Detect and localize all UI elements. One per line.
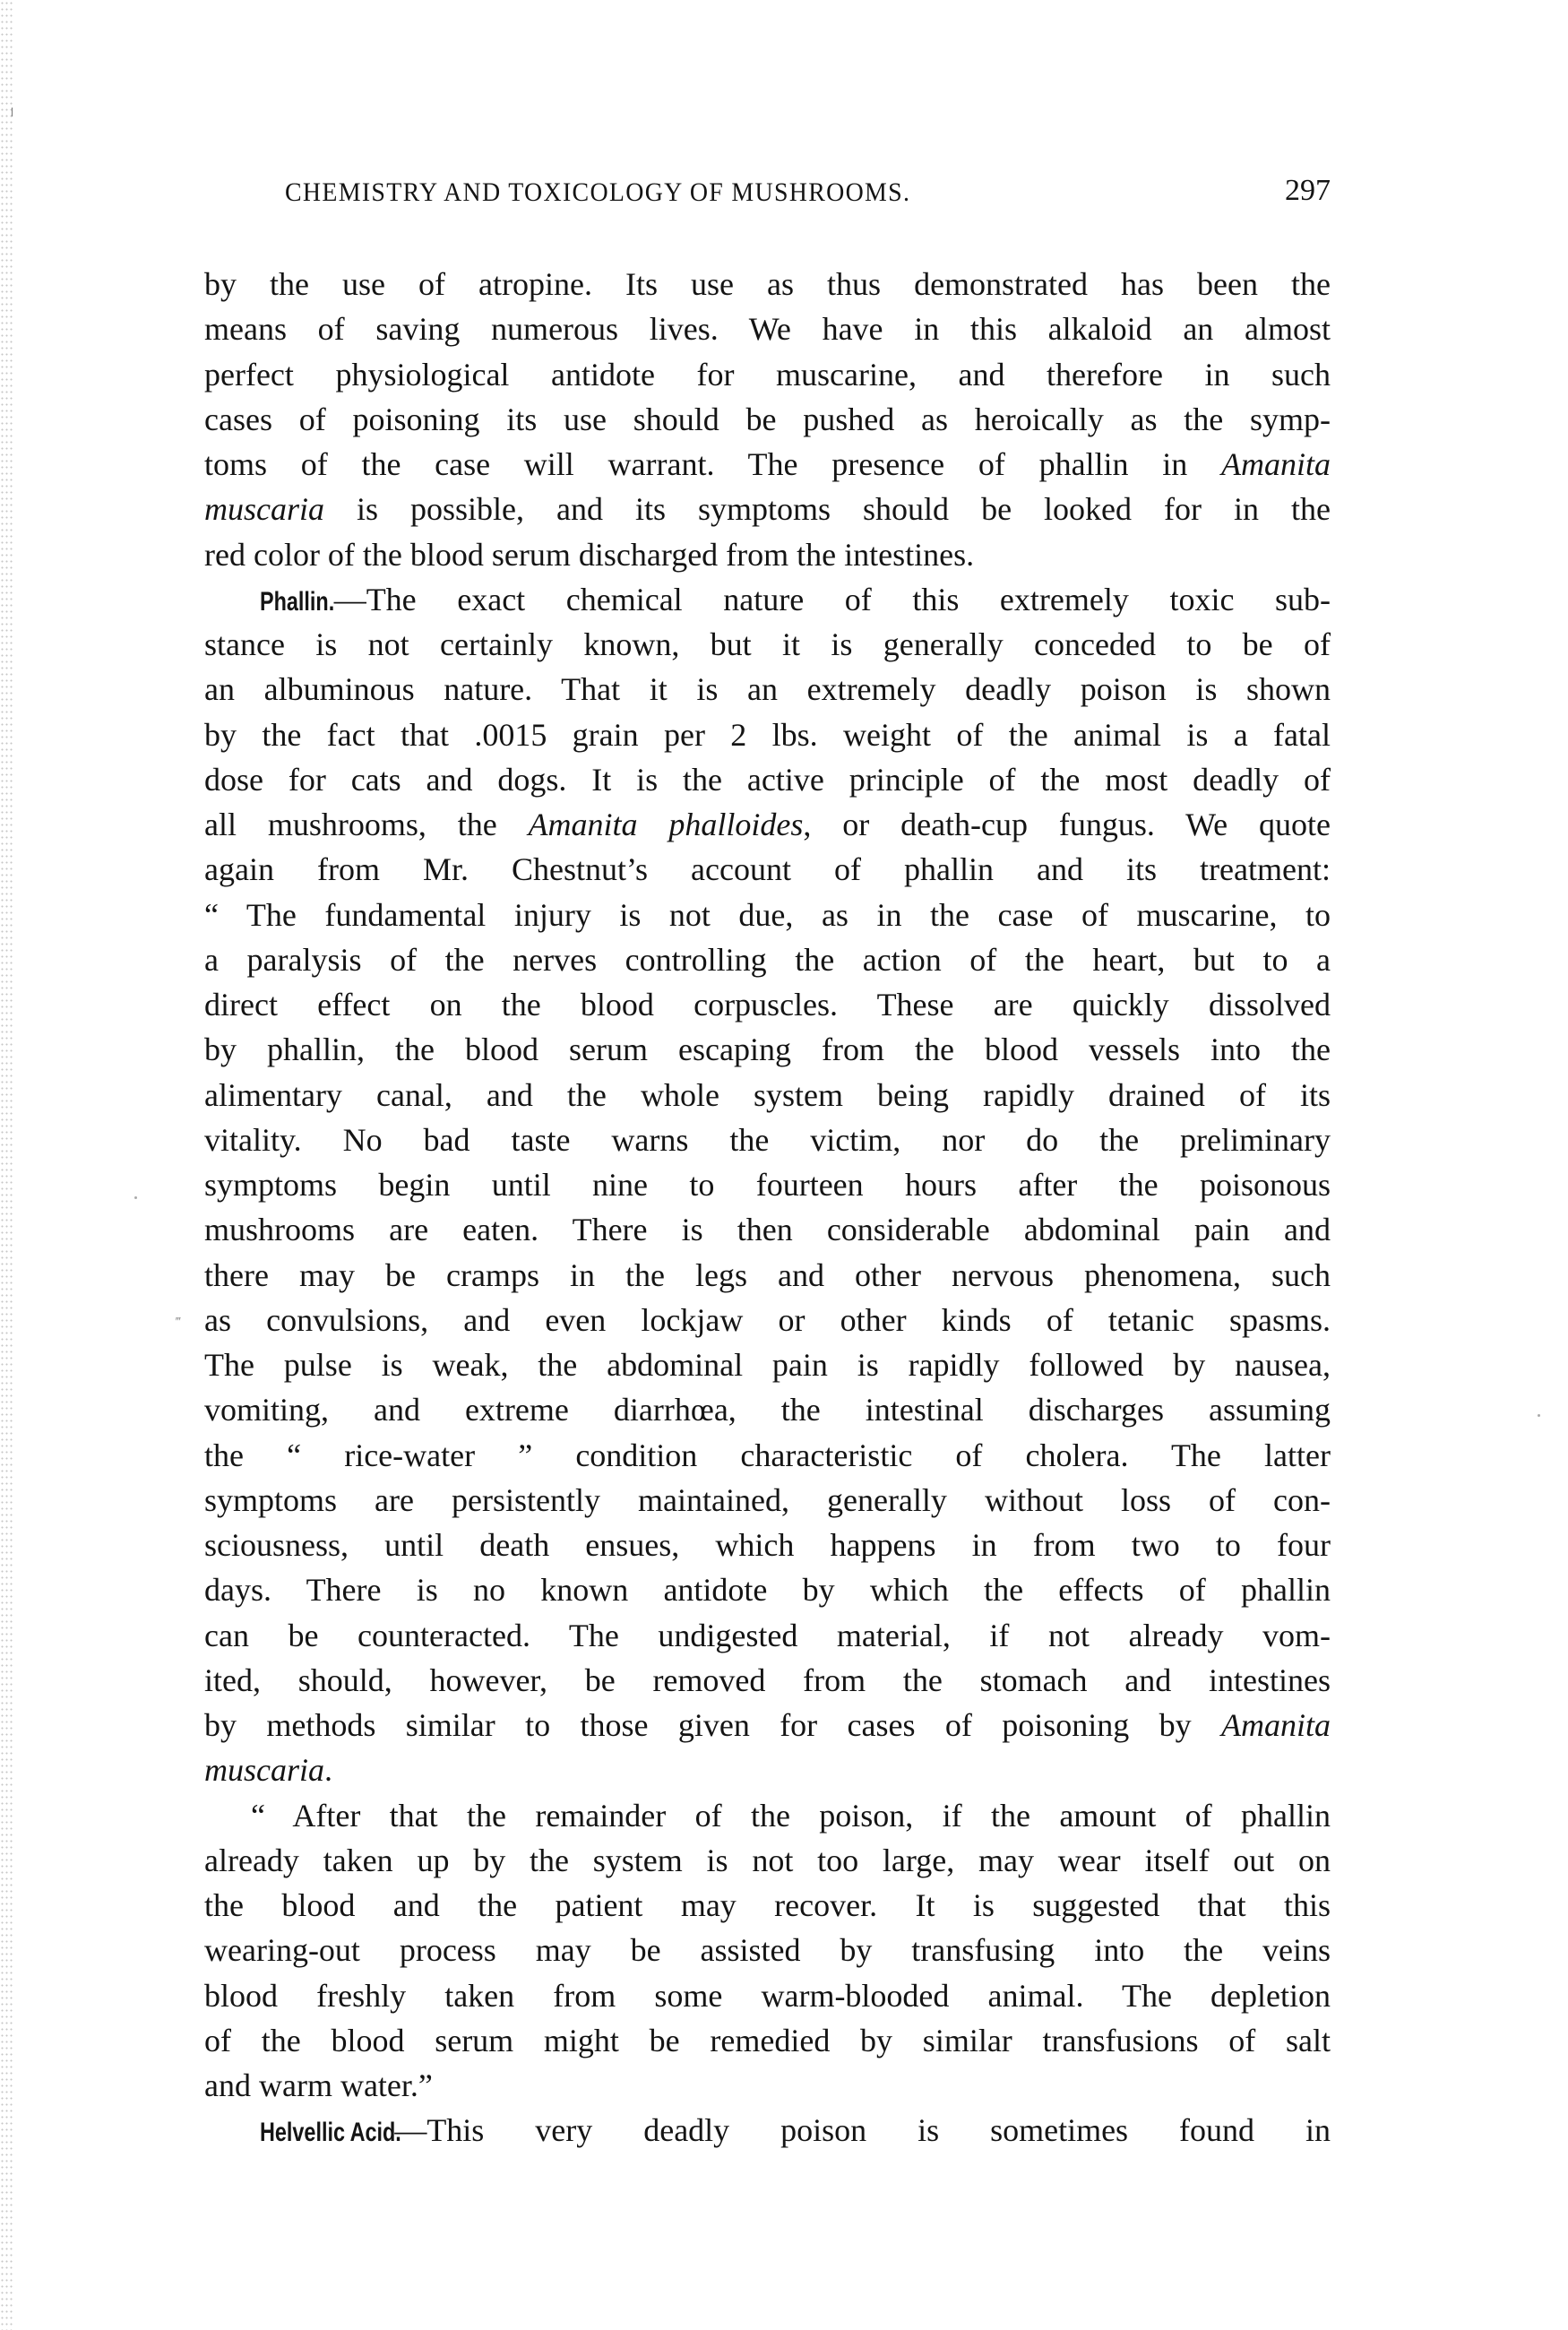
line-text: is possible, and its symptoms should be … bbox=[324, 491, 1331, 527]
stray-scan-mark: ‴ bbox=[176, 1316, 181, 1330]
text-line: “ After that the remainder of the poison… bbox=[204, 1793, 1331, 1838]
line-text: already taken up by the system is not to… bbox=[204, 1842, 1331, 1878]
italic-species-name: Amanita bbox=[1221, 446, 1331, 482]
italic-species-name: Amanita phalloides bbox=[529, 807, 804, 842]
text-line: of the blood serum might be remedied by … bbox=[204, 2018, 1331, 2063]
scan-edge-speckle bbox=[0, 0, 13, 2330]
text-line: red color of the blood serum discharged … bbox=[204, 532, 1331, 577]
line-text: by the fact that .0015 grain per 2 lbs. … bbox=[204, 717, 1331, 753]
line-text: perfect physiological antidote for musca… bbox=[204, 357, 1331, 393]
text-line: cases of poisoning its use should be pus… bbox=[204, 397, 1331, 442]
page-number: 297 bbox=[1285, 174, 1331, 208]
line-text: there may be cramps in the legs and othe… bbox=[204, 1257, 1331, 1293]
text-line: alimentary canal, and the whole system b… bbox=[204, 1073, 1331, 1118]
line-text: sciousness, until death ensues, which ha… bbox=[204, 1527, 1331, 1563]
text-line: wearing-out process may be assisted by t… bbox=[204, 1928, 1331, 1972]
running-head: CHEMISTRY AND TOXICOLOGY OF MUSHROOMS. 2… bbox=[204, 172, 1331, 215]
line-text: cases of poisoning its use should be pus… bbox=[204, 401, 1331, 437]
line-text: vitality. No bad taste warns the victim,… bbox=[204, 1122, 1331, 1158]
line-text: by the use of atropine. Its use as thus … bbox=[204, 266, 1331, 302]
line-text: “ After that the remainder of the poison… bbox=[251, 1798, 1331, 1834]
line-text: ited, should, however, be removed from t… bbox=[204, 1662, 1331, 1698]
line-text: , or death-cup fungus. We quote bbox=[803, 807, 1331, 842]
line-text: stance is not certainly known, but it is… bbox=[204, 626, 1331, 662]
line-text: . bbox=[324, 1752, 332, 1788]
text-line: sciousness, until death ensues, which ha… bbox=[204, 1523, 1331, 1567]
line-text: of the blood serum might be remedied by … bbox=[204, 2023, 1331, 2058]
text-line: “ The fundamental injury is not due, as … bbox=[204, 893, 1331, 937]
running-title: CHEMISTRY AND TOXICOLOGY OF MUSHROOMS. bbox=[285, 177, 910, 208]
text-line: symptoms begin until nine to fourteen ho… bbox=[204, 1162, 1331, 1207]
text-line: all mushrooms, the Amanita phalloides, o… bbox=[204, 802, 1331, 847]
line-text: dose for cats and dogs. It is the active… bbox=[204, 762, 1331, 798]
line-text: mushrooms are eaten. There is then consi… bbox=[204, 1212, 1331, 1247]
text-line: and warm water.” bbox=[204, 2063, 1331, 2108]
line-text: —The exact chemical nature of this extre… bbox=[334, 582, 1331, 617]
line-text: days. There is no known antidote by whic… bbox=[204, 1572, 1331, 1608]
text-line: by the use of atropine. Its use as thus … bbox=[204, 262, 1331, 306]
text-line: means of saving numerous lives. We have … bbox=[204, 306, 1331, 351]
text-line: by the fact that .0015 grain per 2 lbs. … bbox=[204, 712, 1331, 757]
line-text: symptoms begin until nine to fourteen ho… bbox=[204, 1167, 1331, 1203]
italic-species-name: muscaria bbox=[204, 1752, 324, 1788]
run-in-heading: Phallin. bbox=[260, 580, 334, 625]
text-line: stance is not certainly known, but it is… bbox=[204, 622, 1331, 667]
line-text: vomiting, and extreme diarrhœa, the inte… bbox=[204, 1392, 1331, 1428]
text-line: already taken up by the system is not to… bbox=[204, 1838, 1331, 1883]
line-text: The pulse is weak, the abdominal pain is… bbox=[204, 1347, 1331, 1383]
text-line: days. There is no known antidote by whic… bbox=[204, 1567, 1331, 1612]
text-line: there may be cramps in the legs and othe… bbox=[204, 1253, 1331, 1298]
text-line: muscaria is possible, and its symptoms s… bbox=[204, 487, 1331, 531]
section-heading-line: Helvellic Acid.—This very deadly poison … bbox=[204, 2108, 1331, 2153]
italic-species-name: muscaria bbox=[204, 491, 324, 527]
text-line: direct effect on the blood corpuscles. T… bbox=[204, 982, 1331, 1027]
line-text: means of saving numerous lives. We have … bbox=[204, 311, 1331, 347]
section-heading-line: Phallin.—The exact chemical nature of th… bbox=[204, 577, 1331, 622]
line-text: red color of the blood serum discharged … bbox=[204, 537, 974, 573]
text-line: by phallin, the blood serum escaping fro… bbox=[204, 1027, 1331, 1072]
line-text: direct effect on the blood corpuscles. T… bbox=[204, 987, 1331, 1023]
text-line: dose for cats and dogs. It is the active… bbox=[204, 757, 1331, 802]
text-line: blood freshly taken from some warm-blood… bbox=[204, 1973, 1331, 2018]
text-line: The pulse is weak, the abdominal pain is… bbox=[204, 1342, 1331, 1387]
scan-speck bbox=[1538, 1414, 1540, 1417]
text-line: vitality. No bad taste warns the victim,… bbox=[204, 1118, 1331, 1162]
line-text: toms of the case will warrant. The prese… bbox=[204, 446, 1221, 482]
line-text: the blood and the patient may recover. I… bbox=[204, 1887, 1331, 1923]
line-text: —This very deadly poison is sometimes fo… bbox=[394, 2112, 1331, 2148]
line-text: as convulsions, and even lockjaw or othe… bbox=[204, 1302, 1331, 1338]
line-text: symptoms are persistently maintained, ge… bbox=[204, 1482, 1331, 1518]
line-text: all mushrooms, the bbox=[204, 807, 529, 842]
line-text: an albuminous nature. That it is an extr… bbox=[204, 671, 1331, 707]
text-line: perfect physiological antidote for musca… bbox=[204, 352, 1331, 397]
line-text: blood freshly taken from some warm-blood… bbox=[204, 1978, 1331, 2014]
line-text: “ The fundamental injury is not due, as … bbox=[204, 897, 1331, 933]
line-text: the “ rice-water ” condition characteris… bbox=[204, 1437, 1331, 1473]
line-text: can be counteracted. The undigested mate… bbox=[204, 1618, 1331, 1653]
scan-edge-mark bbox=[12, 108, 13, 116]
text-line: toms of the case will warrant. The prese… bbox=[204, 442, 1331, 487]
text-line: mushrooms are eaten. There is then consi… bbox=[204, 1207, 1331, 1252]
italic-species-name: Amanita bbox=[1221, 1707, 1331, 1743]
line-text: by phallin, the blood serum escaping fro… bbox=[204, 1031, 1331, 1067]
text-line: a paralysis of the nerves controlling th… bbox=[204, 937, 1331, 982]
scan-speck bbox=[134, 1196, 137, 1199]
text-line: as convulsions, and even lockjaw or othe… bbox=[204, 1298, 1331, 1342]
text-line: an albuminous nature. That it is an extr… bbox=[204, 667, 1331, 712]
text-line: the “ rice-water ” condition characteris… bbox=[204, 1433, 1331, 1478]
line-text: a paralysis of the nerves controlling th… bbox=[204, 942, 1331, 978]
text-line: vomiting, and extreme diarrhœa, the inte… bbox=[204, 1387, 1331, 1432]
text-line: symptoms are persistently maintained, ge… bbox=[204, 1478, 1331, 1523]
text-line: the blood and the patient may recover. I… bbox=[204, 1883, 1331, 1928]
line-text: alimentary canal, and the whole system b… bbox=[204, 1077, 1331, 1113]
text-line: muscaria. bbox=[204, 1747, 1331, 1792]
text-line: ited, should, however, be removed from t… bbox=[204, 1658, 1331, 1703]
line-text: again from Mr. Chestnut’s account of pha… bbox=[204, 851, 1331, 887]
text-line: by methods similar to those given for ca… bbox=[204, 1703, 1331, 1747]
text-line: again from Mr. Chestnut’s account of pha… bbox=[204, 847, 1331, 892]
body-text: by the use of atropine. Its use as thus … bbox=[204, 262, 1331, 2153]
line-text: by methods similar to those given for ca… bbox=[204, 1707, 1221, 1743]
line-text: and warm water.” bbox=[204, 2067, 433, 2103]
line-text: wearing-out process may be assisted by t… bbox=[204, 1932, 1331, 1968]
run-in-heading: Helvellic Acid. bbox=[260, 2110, 401, 2155]
text-line: can be counteracted. The undigested mate… bbox=[204, 1613, 1331, 1658]
